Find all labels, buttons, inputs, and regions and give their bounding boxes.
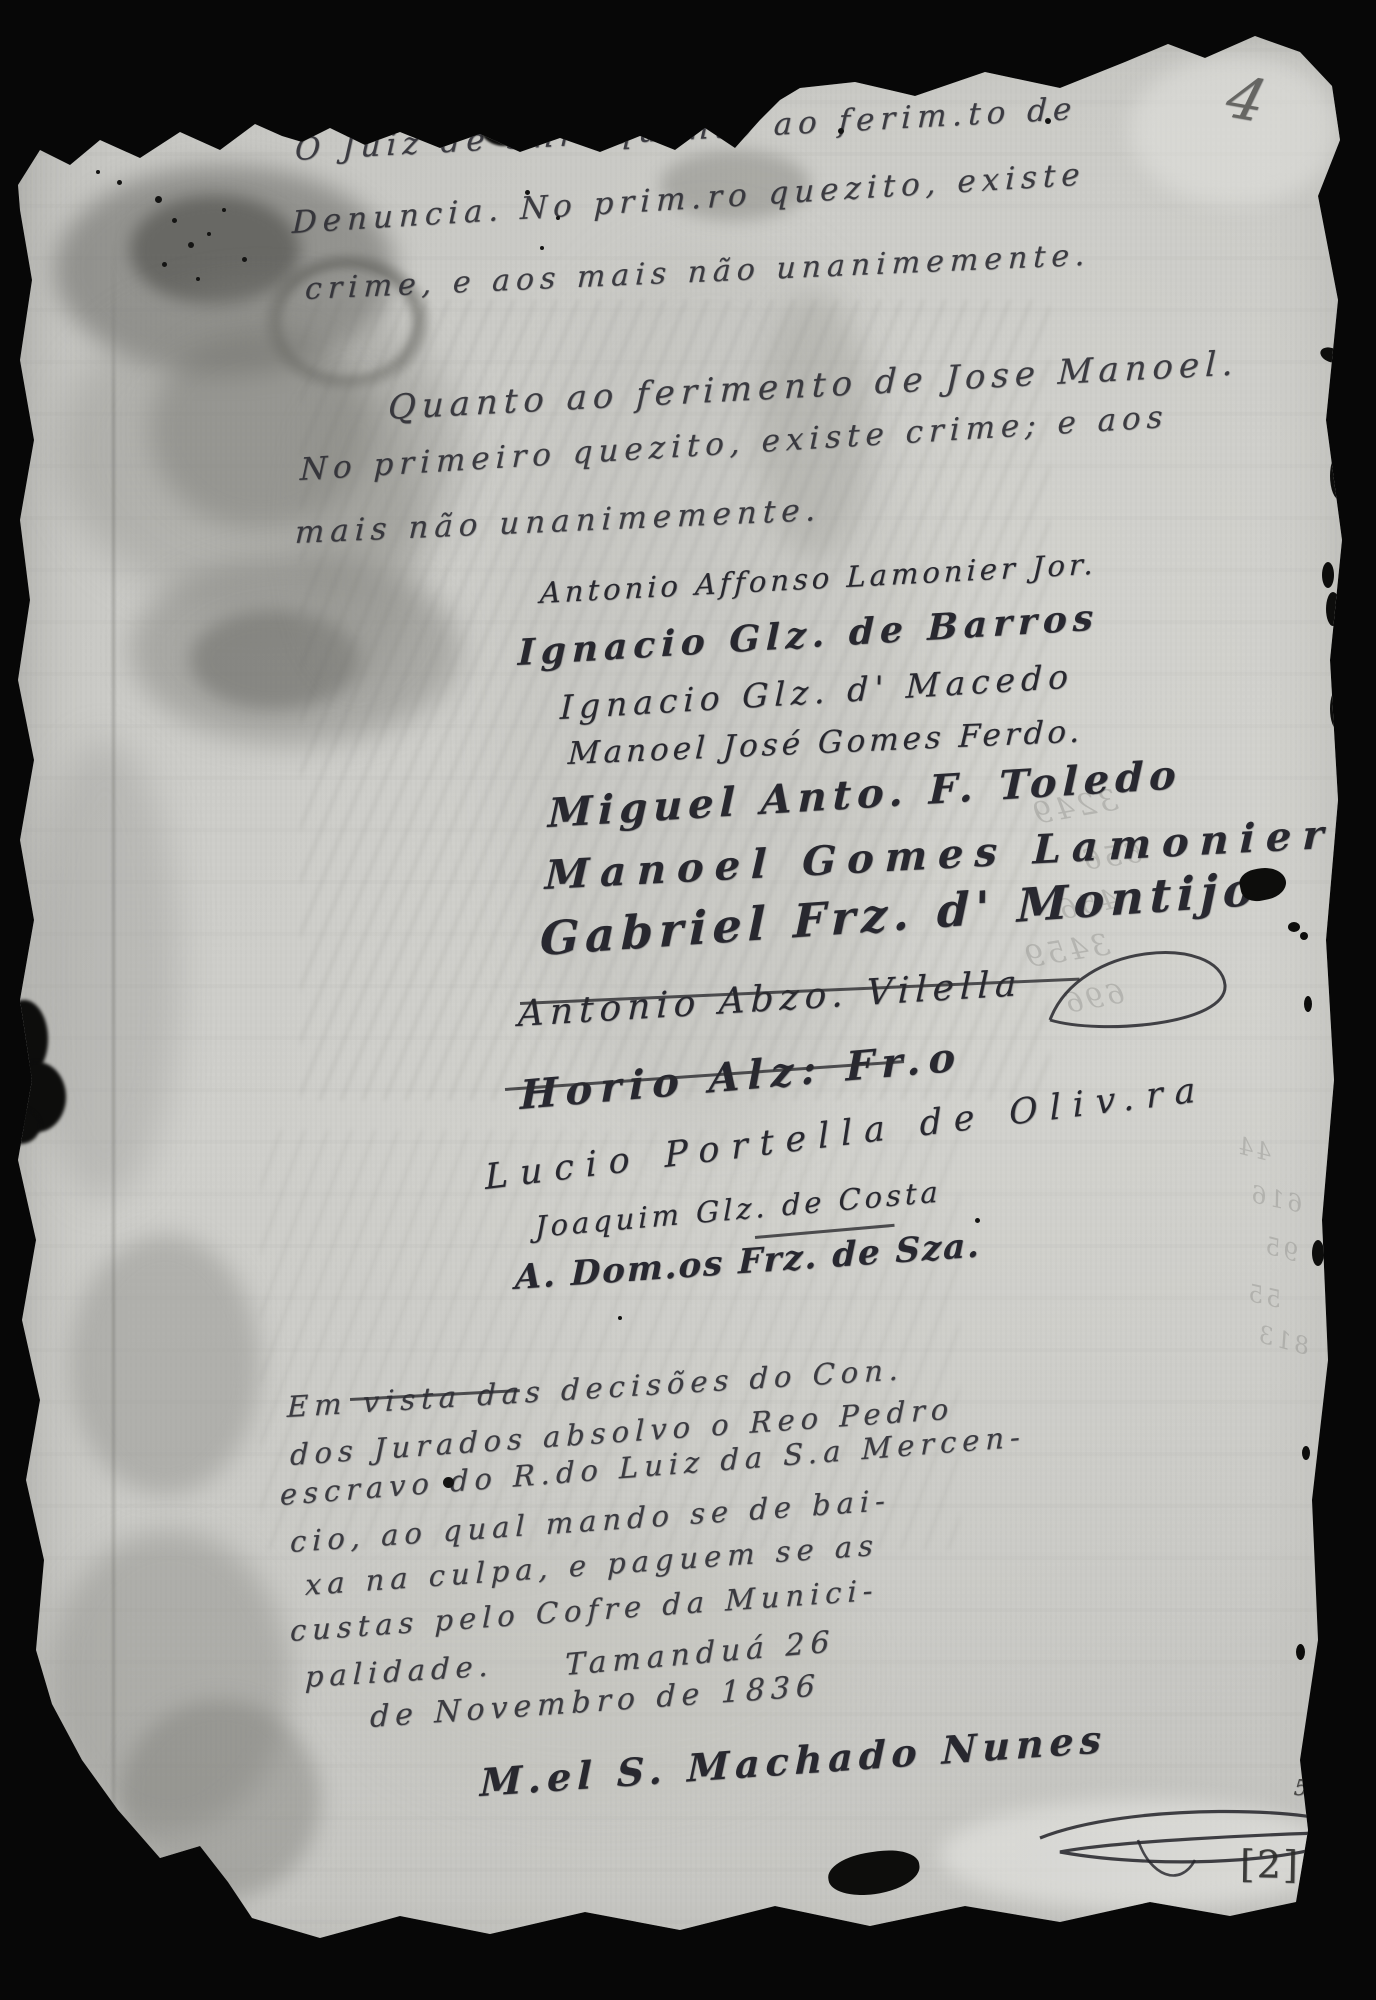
ink-blot <box>1330 688 1346 730</box>
page-number: 4 <box>1219 63 1273 135</box>
ink-dot <box>443 1477 454 1488</box>
fold-line <box>112 240 115 1920</box>
stain <box>130 195 300 305</box>
stain <box>130 555 460 745</box>
ink-blot <box>1304 996 1312 1012</box>
manuscript-line: Denuncia. No prim.ro quezito, existe <box>292 156 1087 241</box>
ink-dot <box>1045 118 1051 124</box>
stain <box>40 1840 200 1980</box>
ink-dot <box>155 196 162 203</box>
ink-dot <box>222 208 226 212</box>
ink-dot <box>188 242 194 248</box>
stain <box>30 740 180 1200</box>
bleedthrough-number: 616 <box>1246 1180 1305 1219</box>
ink-dot <box>602 104 609 111</box>
ink-dot <box>162 262 167 267</box>
ink-dot <box>117 180 122 185</box>
signature-flourish <box>1040 930 1240 1040</box>
scanned-document-page: 3249 656 456 3459 696 44 616 95 55 813 O… <box>0 0 1376 2000</box>
ink-dot <box>207 232 211 236</box>
manuscript-line: palidade. <box>305 1648 495 1694</box>
bleedthrough-number: 44 <box>1232 1131 1274 1167</box>
stain <box>120 1700 320 1900</box>
ink-blot <box>1296 1644 1305 1660</box>
ink-dot <box>525 190 530 195</box>
ink-blot <box>1318 345 1343 366</box>
ink-dot <box>544 124 549 129</box>
ink-dot <box>196 277 200 281</box>
stain <box>150 330 370 530</box>
ink-dot <box>556 216 560 220</box>
ink-blot <box>826 1846 923 1900</box>
ink-dot <box>975 1218 980 1223</box>
bleedthrough-number: 55 <box>1242 1278 1284 1314</box>
ink-dot <box>540 246 544 250</box>
signature-flourish <box>1020 1788 1376 1908</box>
ink-dot <box>618 1316 622 1320</box>
ink-blot <box>1288 922 1300 932</box>
jury-signature: Antonio Affonso Lamonier Jor. <box>539 547 1097 610</box>
stain <box>50 1530 290 1830</box>
ink-dot <box>766 95 771 100</box>
manuscript-line: mais não unanimemente. <box>294 492 822 551</box>
stain <box>70 1235 260 1495</box>
stain <box>190 610 360 710</box>
ink-blot <box>1326 592 1340 626</box>
bleedthrough-number: 95 <box>1259 1231 1302 1268</box>
ink-dot <box>172 218 177 223</box>
ink-blot <box>478 100 530 146</box>
margin-mark: 5. <box>1293 1776 1316 1801</box>
ink-blot <box>1330 452 1350 500</box>
manuscript-line: O Juiz de Snr: quanto ao ferim.to de <box>294 91 1078 168</box>
ink-dot <box>96 170 100 174</box>
judge-signature: M.el S. Machado Nunes <box>480 1716 1108 1805</box>
paper: 3249 656 456 3459 696 44 616 95 55 813 O… <box>0 0 1376 2000</box>
jury-signature: Horio Alz: Fr.o <box>520 1033 963 1119</box>
ink-blot <box>0 1108 40 1144</box>
ink-blot <box>1322 562 1334 588</box>
ink-dot <box>242 257 247 262</box>
archive-stamp: [2] <box>1240 1842 1301 1887</box>
ink-blot <box>1300 932 1308 940</box>
ink-dot <box>838 128 844 134</box>
bleedthrough-number: 813 <box>1252 1319 1312 1360</box>
manuscript-line: crime, e aos mais não unanimemente. <box>304 238 1091 307</box>
ink-blot <box>1312 1240 1324 1266</box>
ink-blot <box>1302 1446 1310 1460</box>
